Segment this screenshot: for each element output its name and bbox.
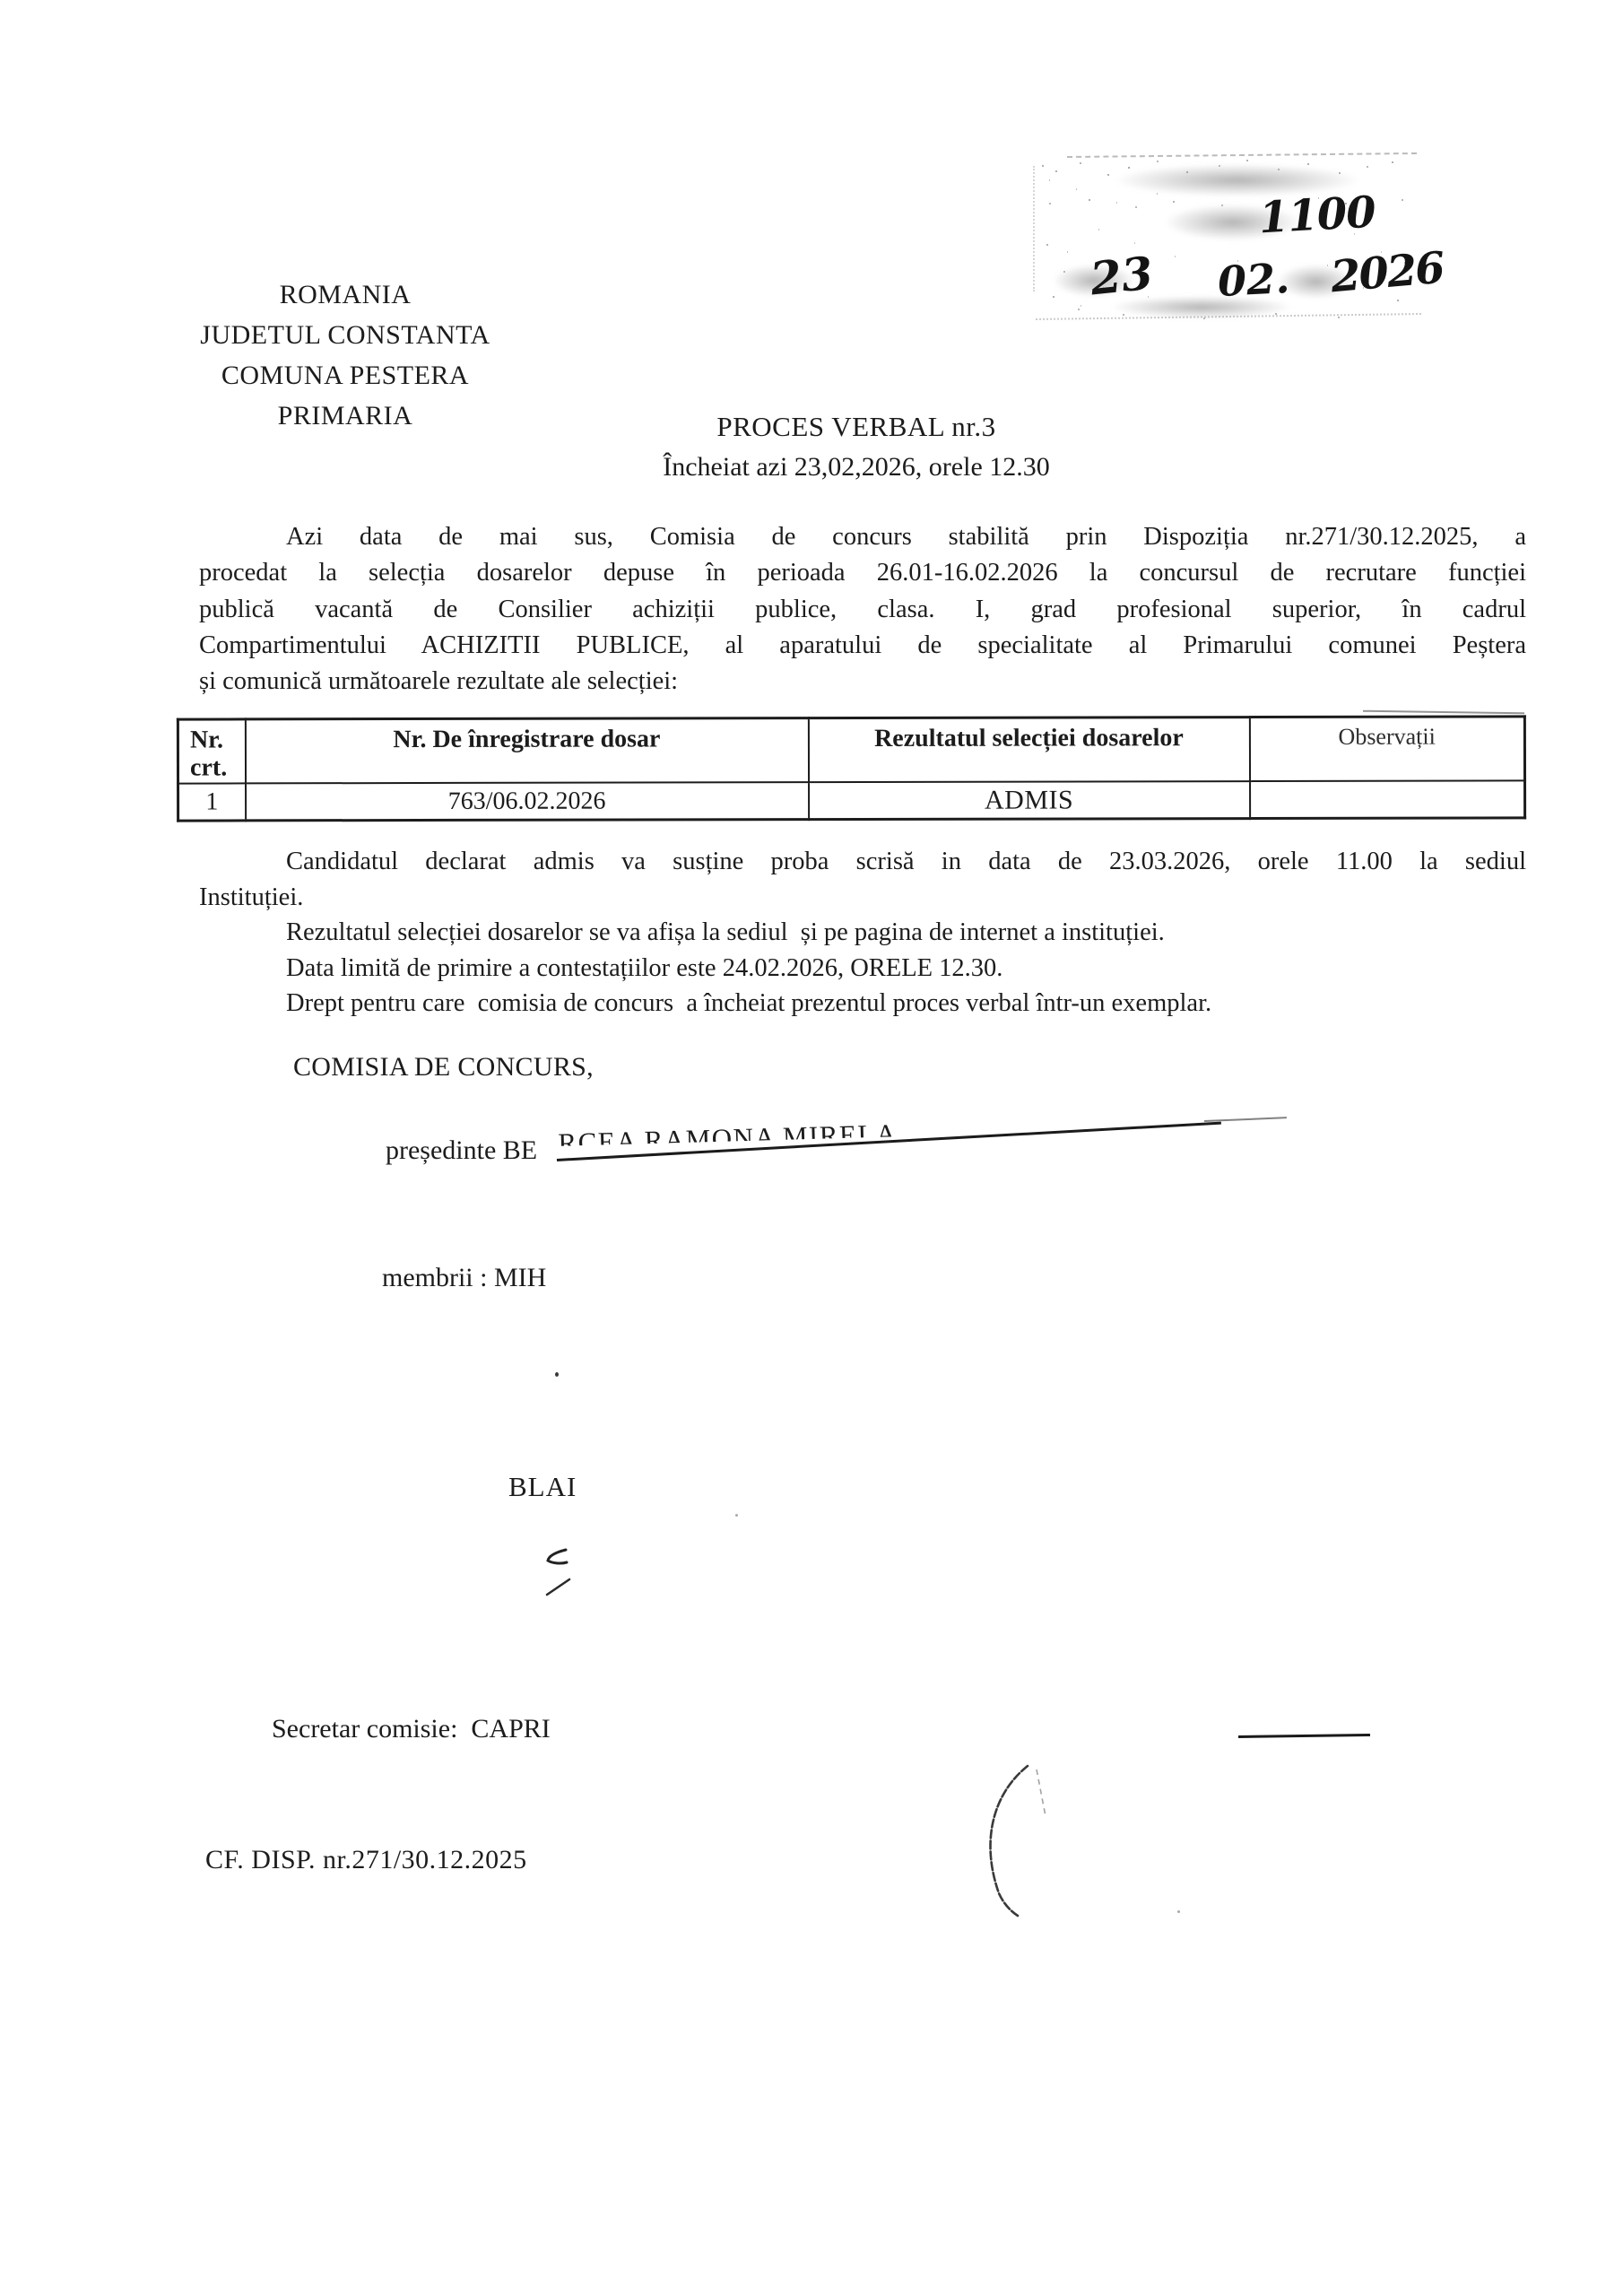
selection-results-table: Nr. crt. Nr. De înregistrare dosar Rezul… <box>177 715 1523 822</box>
ink-speck <box>735 1514 738 1517</box>
president-name-crossed-out: RCEA RAMONA MIRELA <box>558 1118 898 1160</box>
col-header-result: Rezultatul selecției dosarelor <box>808 717 1249 783</box>
intro-line: Azi data de mai sus, Comisia de concurs … <box>199 519 1526 555</box>
footer-disposition-reference: CF. DISP. nr.271/30.12.2025 <box>205 1845 527 1875</box>
strikethrough-line-faint <box>1204 1117 1287 1122</box>
table-header-row: Nr. crt. Nr. De înregistrare dosar Rezul… <box>178 717 1524 784</box>
col-header-observations: Observații <box>1249 717 1524 781</box>
member-second-line: BLAI <box>508 1471 577 1503</box>
intro-line: publică vacantă de Consilier achiziții p… <box>199 592 1526 628</box>
stamp-top-dashed-line <box>1067 152 1417 158</box>
document-subtitle: Încheiat azi 23,02,2026, orele 12.30 <box>90 452 1623 483</box>
stamp-noise-specks <box>1042 165 1044 167</box>
col-header-registration: Nr. De înregistrare dosar <box>245 718 808 784</box>
cell-registration: 763/06.02.2026 <box>246 782 809 821</box>
letterhead-county: JUDETUL CONSTANTA <box>179 315 511 355</box>
col-header-nr-crt: Nr. crt. <box>178 719 245 784</box>
closing-paragraph: Candidatul declarat admis va susține pro… <box>199 844 1526 1022</box>
table-row: 1 763/06.02.2026 ADMIS <box>178 780 1525 821</box>
cell-observations <box>1250 780 1525 818</box>
stamp-registration-number: 1100 <box>1258 187 1376 244</box>
letterhead-commune: COMUNA PESTERA <box>179 355 511 396</box>
closing-line: Candidatul declarat admis va susține pro… <box>199 844 1526 880</box>
intro-paragraph: Azi data de mai sus, Comisia de concurs … <box>199 519 1526 700</box>
stamp-date-year: 2026 <box>1329 243 1445 303</box>
cell-nr: 1 <box>178 783 246 821</box>
col-header-nr: Nr. <box>190 726 244 753</box>
closing-line: Rezultatul selecției dosarelor se va afi… <box>199 915 1526 951</box>
table-scan-artifact-line <box>1363 710 1524 715</box>
ink-speck <box>555 1372 559 1377</box>
stamp-left-dotted-line <box>1033 166 1035 291</box>
intro-line: procedat la selecția dosarelor depuse în… <box>199 555 1526 591</box>
closing-line: Data limită de primire a contestațiilor … <box>199 951 1526 987</box>
ink-speck <box>1177 1910 1180 1913</box>
members-line: membrii : MIH <box>382 1263 546 1293</box>
pen-mark-parenthesis <box>968 1761 1054 1918</box>
closing-line: Drept pentru care comisia de concurs a î… <box>199 986 1526 1022</box>
letterhead-country: ROMANIA <box>179 274 511 315</box>
stamp-noise-specks <box>1049 179 1050 181</box>
closing-line: Instituției. <box>199 880 1526 916</box>
document-title: PROCES VERBAL nr.3 <box>90 411 1623 443</box>
col-header-crt: crt. <box>190 753 244 781</box>
signature-line <box>1238 1734 1370 1738</box>
scanned-document-page: 1100 23 02. 2026 ROMANIA JUDETUL CONSTAN… <box>0 0 1623 2296</box>
pen-mark-squiggle <box>536 1539 590 1604</box>
cell-result: ADMIS <box>809 781 1250 820</box>
secretary-line: Secretar comisie: CAPRI <box>272 1714 551 1744</box>
stamp-date-day: 23 <box>1088 247 1155 306</box>
intro-line: Compartimentului ACHIZITII PUBLICE, al a… <box>199 628 1526 664</box>
stamp-date-month: 02. <box>1217 254 1291 306</box>
commission-heading: COMISIA DE CONCURS, <box>293 1052 594 1083</box>
intro-line: și comunică următoarele rezultate ale se… <box>199 664 1526 700</box>
president-line: președinte BE <box>386 1135 537 1166</box>
